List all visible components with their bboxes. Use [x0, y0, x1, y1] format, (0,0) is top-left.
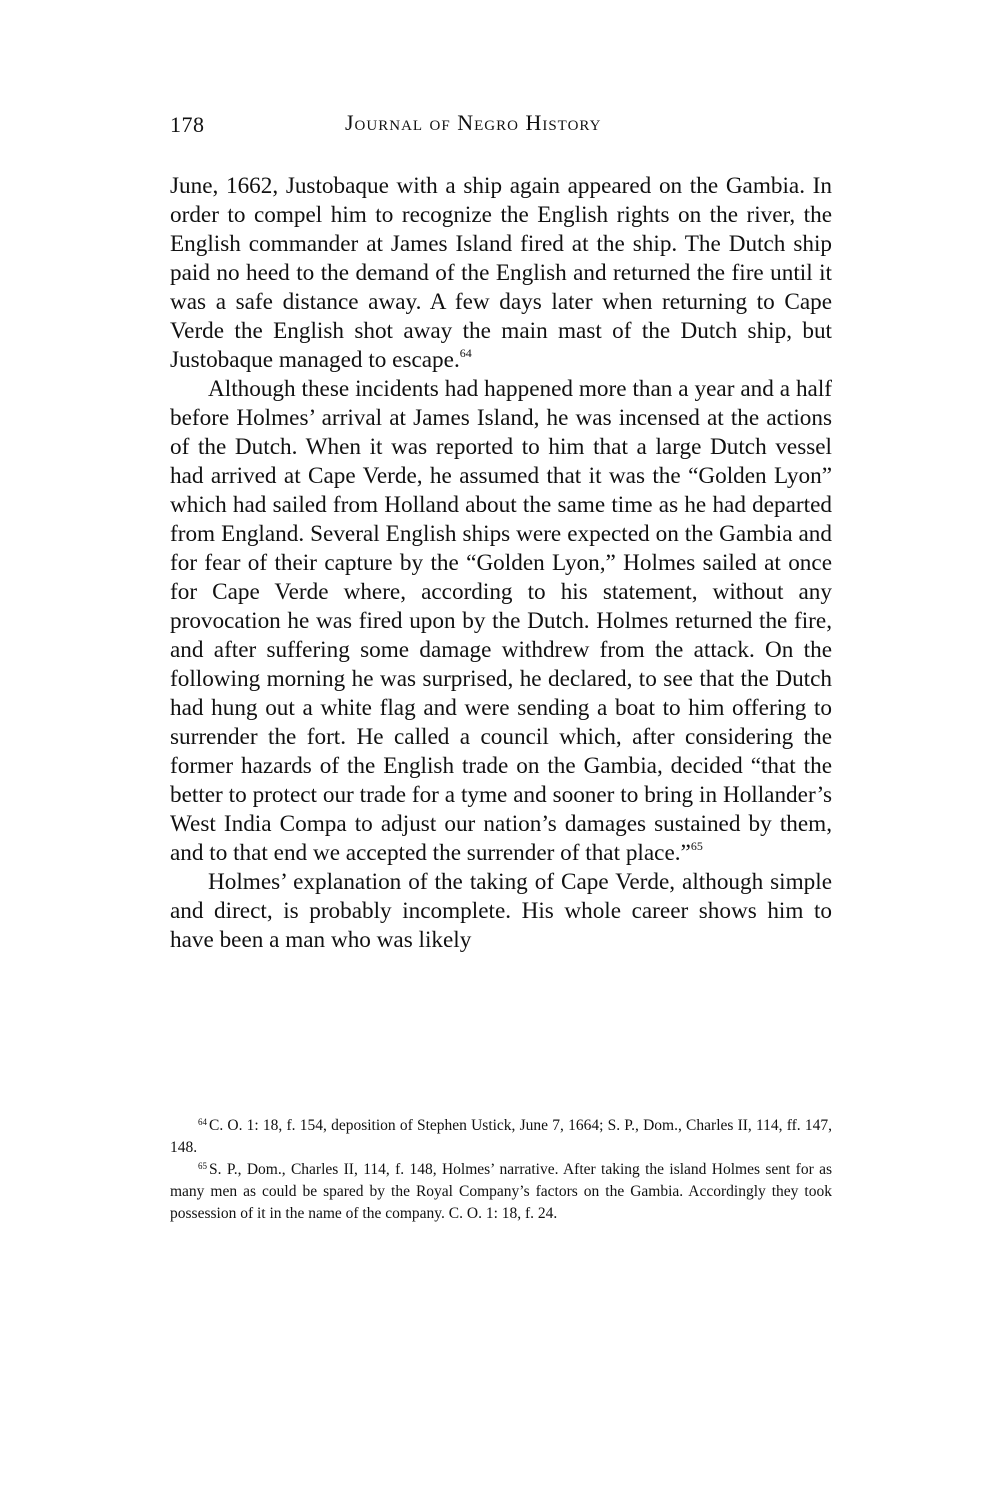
footnotes: 64C. O. 1: 18, f. 154, deposition of Ste… [170, 1115, 832, 1225]
footnote-mark: 64 [198, 1117, 207, 1127]
paragraph-text: June, 1662, Justobaque with a ship again… [170, 173, 832, 373]
paragraph-2: Although these incidents had happened mo… [170, 375, 832, 868]
footnote-text: C. O. 1: 18, f. 154, deposition of Steph… [170, 1117, 832, 1156]
footnote-ref-65: 65 [691, 839, 703, 853]
footnote-mark: 65 [198, 1161, 207, 1171]
footnote-64: 64C. O. 1: 18, f. 154, deposition of Ste… [170, 1115, 832, 1159]
journal-title: Journal of Negro History [345, 110, 601, 136]
footnote-text: S. P., Dom., Charles II, 114, f. 148, Ho… [170, 1161, 832, 1222]
body-text: June, 1662, Justobaque with a ship again… [170, 172, 832, 955]
footnote-ref-64: 64 [460, 346, 472, 360]
paragraph-3: Holmes’ explanation of the taking of Cap… [170, 868, 832, 955]
paragraph-text: Holmes’ explanation of the taking of Cap… [170, 869, 832, 953]
running-head: 178 Journal of Negro History [170, 108, 832, 148]
paragraph-1: June, 1662, Justobaque with a ship again… [170, 172, 832, 375]
page-number: 178 [170, 112, 205, 138]
footnote-65: 65S. P., Dom., Charles II, 114, f. 148, … [170, 1159, 832, 1225]
paragraph-text: Although these incidents had happened mo… [170, 376, 832, 866]
